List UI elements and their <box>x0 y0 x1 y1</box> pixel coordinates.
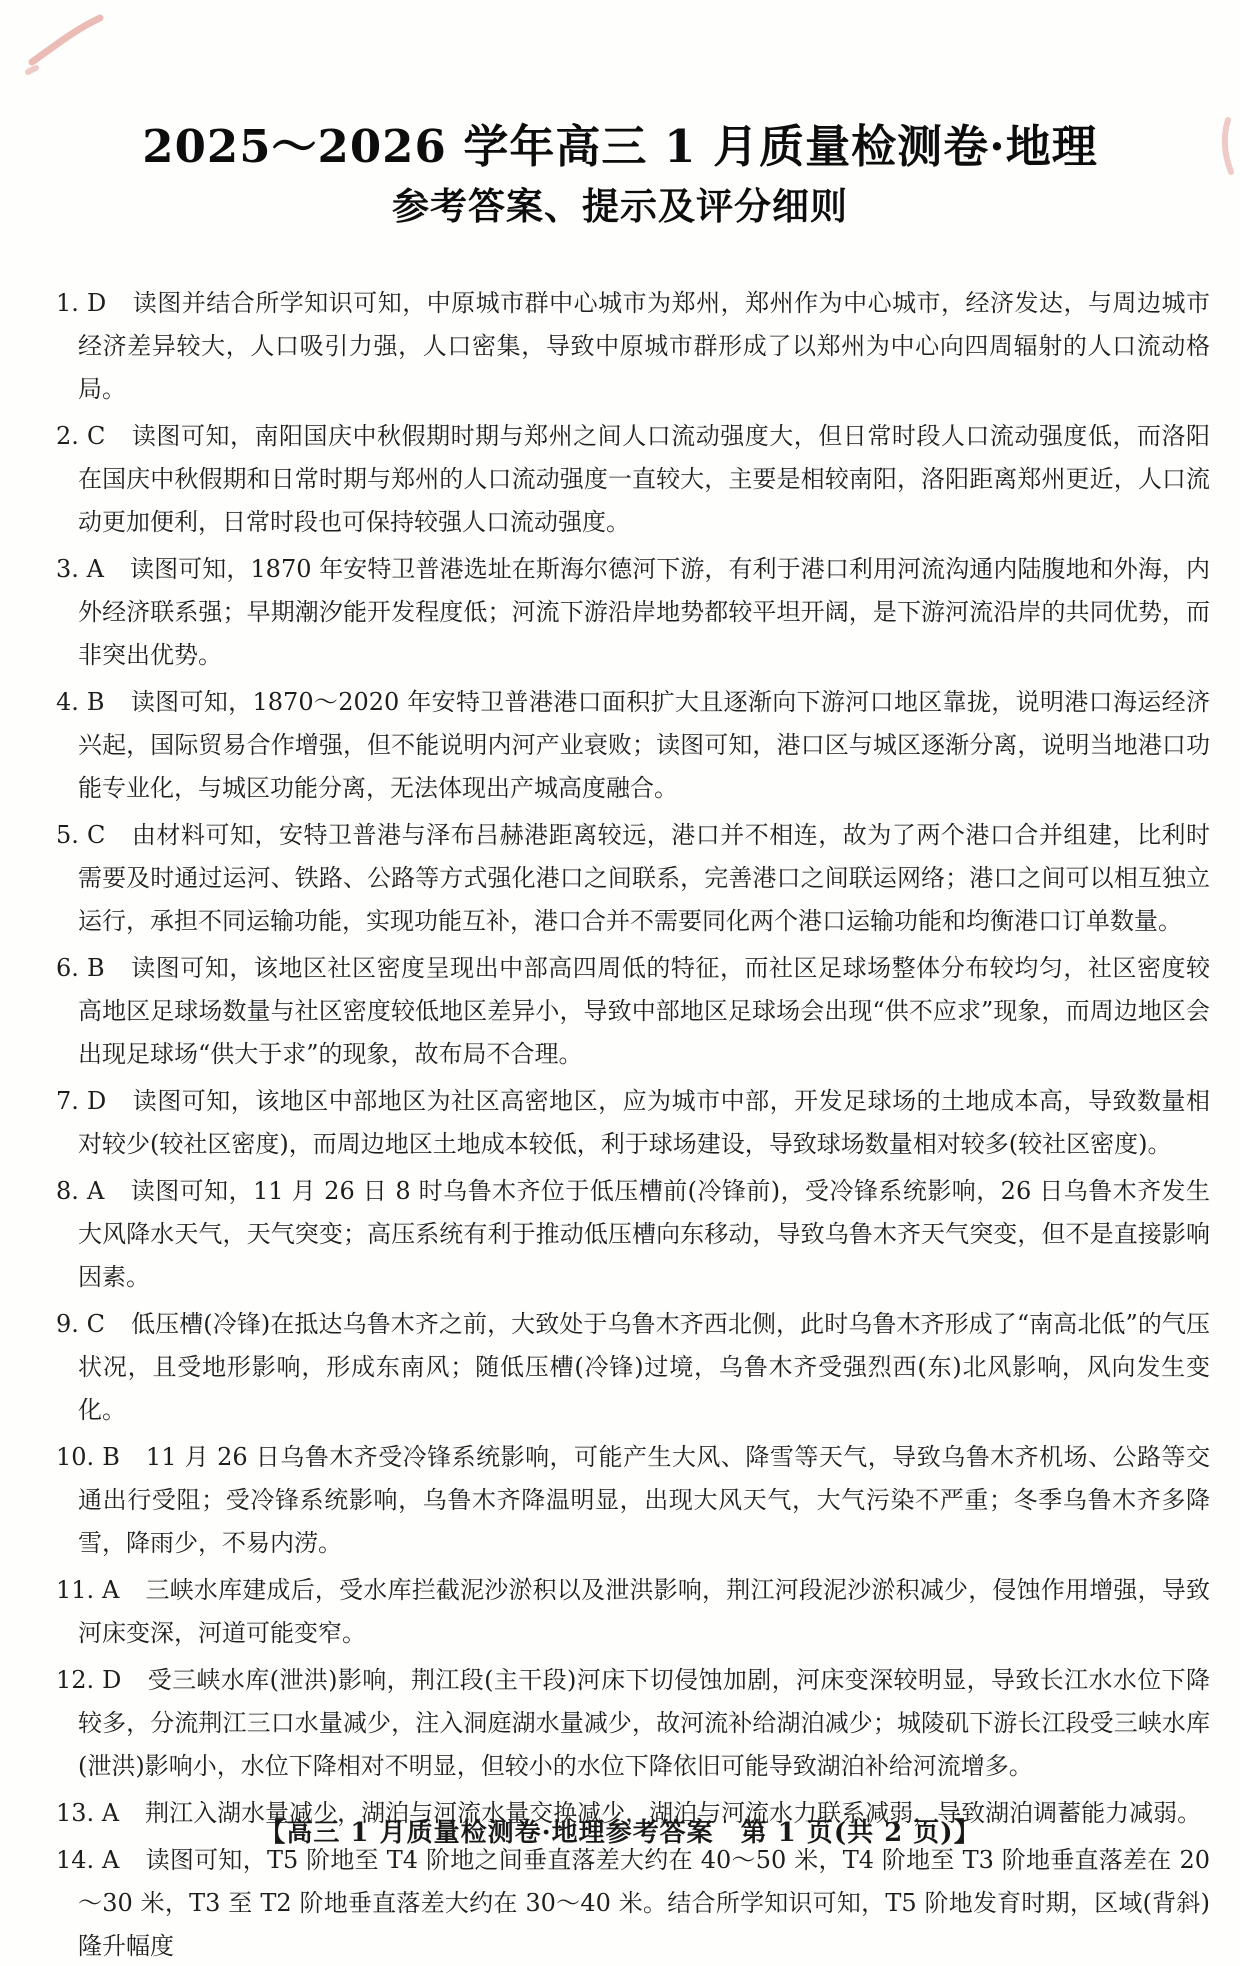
answer-number: 5. C <box>56 821 105 849</box>
answer-item: 2. C读图可知，南阳国庆中秋假期时期与郑州之间人口流动强度大，但日常时段人口流… <box>56 415 1210 544</box>
answer-item: 5. C由材料可知，安特卫普港与泽布吕赫港距离较远，港口并不相连，故为了两个港口… <box>56 814 1210 943</box>
answer-number: 12. D <box>56 1666 121 1694</box>
answer-number: 4. B <box>56 688 105 716</box>
answer-number: 6. B <box>56 954 105 982</box>
answer-text: 读图可知，T5 阶地至 T4 阶地之间垂直落差大约在 40～50 米，T4 阶地… <box>78 1846 1210 1960</box>
answer-number: 10. B <box>56 1443 120 1471</box>
answer-item: 1. D读图并结合所学知识可知，中原城市群中心城市为郑州，郑州作为中心城市，经济… <box>56 282 1210 411</box>
answer-text: 读图可知，11 月 26 日 8 时乌鲁木齐位于低压槽前(冷锋前)，受冷锋系统影… <box>78 1177 1210 1291</box>
answer-text: 读图可知，1870 年安特卫普港选址在斯海尔德河下游，有利于港口利用河流沟通内陆… <box>78 555 1210 669</box>
answer-number: 8. A <box>56 1177 104 1205</box>
answer-text: 读图可知，南阳国庆中秋假期时期与郑州之间人口流动强度大，但日常时段人口流动强度低… <box>78 422 1210 536</box>
answer-item: 14. A读图可知，T5 阶地至 T4 阶地之间垂直落差大约在 40～50 米，… <box>56 1839 1210 1966</box>
answer-item: 9. C低压槽(冷锋)在抵达乌鲁木齐之前，大致处于乌鲁木齐西北侧，此时乌鲁木齐形… <box>56 1303 1210 1432</box>
answer-item: 6. B读图可知，该地区社区密度呈现出中部高四周低的特征，而社区足球场整体分布较… <box>56 947 1210 1076</box>
answer-item: 12. D受三峡水库(泄洪)影响，荆江段(主干段)河床下切侵蚀加剧，河床变深较明… <box>56 1659 1210 1788</box>
answer-sheet-page: 2025～2026 学年高三 1 月质量检测卷·地理 参考答案、提示及评分细则 … <box>0 0 1240 1966</box>
answer-item: 8. A读图可知，11 月 26 日 8 时乌鲁木齐位于低压槽前(冷锋前)，受冷… <box>56 1170 1210 1299</box>
answer-item: 3. A读图可知，1870 年安特卫普港选址在斯海尔德河下游，有利于港口利用河流… <box>56 548 1210 677</box>
answer-text: 读图并结合所学知识可知，中原城市群中心城市为郑州，郑州作为中心城市，经济发达，与… <box>78 289 1210 403</box>
answer-text: 由材料可知，安特卫普港与泽布吕赫港距离较远，港口并不相连，故为了两个港口合并组建… <box>78 821 1210 935</box>
answer-number: 9. C <box>56 1310 105 1338</box>
answer-text: 读图可知，1870～2020 年安特卫普港港口面积扩大且逐渐向下游河口地区靠拢，… <box>78 688 1210 802</box>
answer-number: 11. A <box>56 1576 119 1604</box>
answer-text: 读图可知，该地区社区密度呈现出中部高四周低的特征，而社区足球场整体分布较均匀，社… <box>78 954 1210 1068</box>
answer-item: 7. D读图可知，该地区中部地区为社区高密地区，应为城市中部，开发足球场的土地成… <box>56 1080 1210 1166</box>
answer-number: 14. A <box>56 1846 119 1874</box>
answer-item: 10. B11 月 26 日乌鲁木齐受冷锋系统影响，可能产生大风、降雪等天气，导… <box>56 1436 1210 1565</box>
answer-text: 低压槽(冷锋)在抵达乌鲁木齐之前，大致处于乌鲁木齐西北侧，此时乌鲁木齐形成了“南… <box>78 1310 1210 1424</box>
answer-number: 3. A <box>56 555 104 583</box>
answer-text: 受三峡水库(泄洪)影响，荆江段(主干段)河床下切侵蚀加剧，河床变深较明显，导致长… <box>78 1666 1210 1780</box>
answer-number: 1. D <box>56 289 106 317</box>
answer-item: 11. A三峡水库建成后，受水库拦截泥沙淤积以及泄洪影响，荆江河段泥沙淤积减少，… <box>56 1569 1210 1655</box>
answer-text: 读图可知，该地区中部地区为社区高密地区，应为城市中部，开发足球场的土地成本高，导… <box>78 1087 1210 1158</box>
document-header: 2025～2026 学年高三 1 月质量检测卷·地理 参考答案、提示及评分细则 <box>0 0 1240 230</box>
answer-number: 2. C <box>56 422 105 450</box>
answer-text: 11 月 26 日乌鲁木齐受冷锋系统影响，可能产生大风、降雪等天气，导致乌鲁木齐… <box>78 1443 1210 1557</box>
page-footer: 【高三 1 月质量检测卷·地理参考答案 第 1 页(共 2 页)】 <box>0 1812 1240 1849</box>
answers-list: 1. D读图并结合所学知识可知，中原城市群中心城市为郑州，郑州作为中心城市，经济… <box>56 282 1210 1966</box>
page-subtitle: 参考答案、提示及评分细则 <box>0 182 1240 230</box>
answer-number: 7. D <box>56 1087 106 1115</box>
answer-text: 三峡水库建成后，受水库拦截泥沙淤积以及泄洪影响，荆江河段泥沙淤积减少，侵蚀作用增… <box>78 1576 1210 1647</box>
answer-item: 4. B读图可知，1870～2020 年安特卫普港港口面积扩大且逐渐向下游河口地… <box>56 681 1210 810</box>
page-title: 2025～2026 学年高三 1 月质量检测卷·地理 <box>0 118 1240 176</box>
